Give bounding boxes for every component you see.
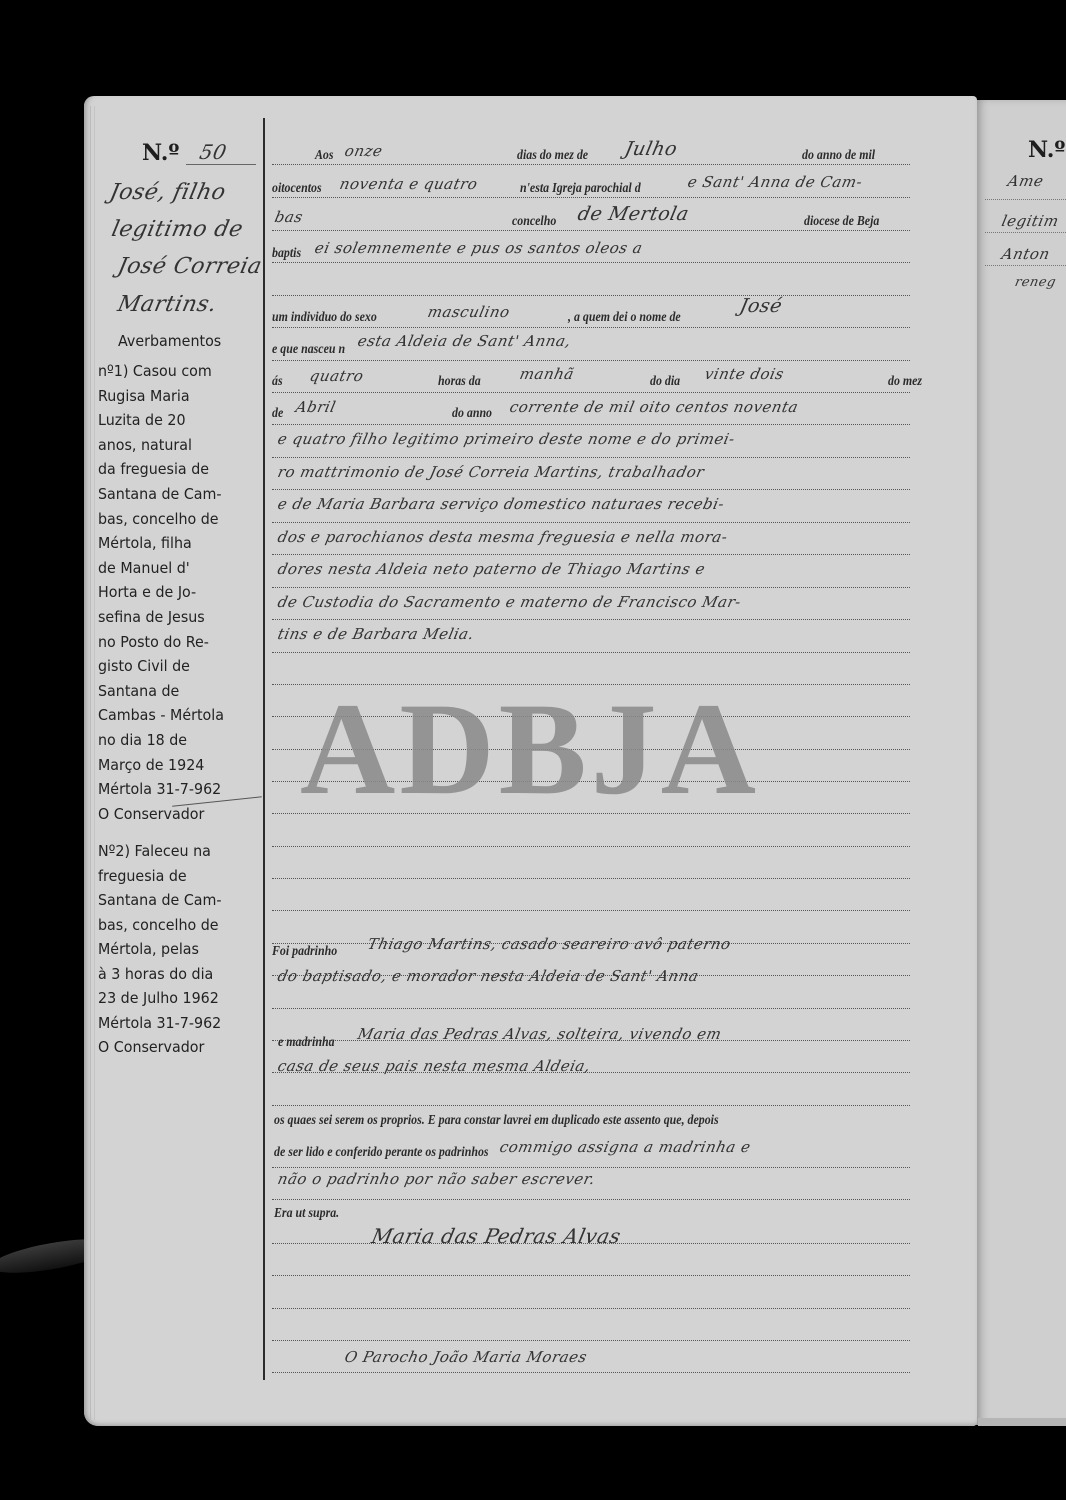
facing-fragment: reneg [1013, 275, 1057, 290]
form-text: e que nasceu n [272, 342, 345, 358]
annotation-line: bas, concelho de [98, 916, 219, 934]
form-text: um individuo do sexo [272, 310, 377, 326]
margin-title-line: José Correia [115, 254, 264, 279]
birth-day-field: vinte dois [703, 365, 786, 383]
annotation-line: bas, concelho de [98, 510, 219, 528]
form-text: , a quem dei o nome de [568, 310, 681, 326]
hour-field: quatro [308, 367, 365, 385]
annotation-line: Horta e de Jo- [98, 583, 196, 601]
form-text: concelho [512, 214, 556, 230]
facing-page-edge [978, 1418, 1066, 1426]
ruled-line [272, 489, 910, 490]
month-field: Julho [623, 138, 680, 160]
form-text: do anno [452, 406, 492, 422]
annotation-line: anos, natural [98, 436, 192, 454]
ruled-line [272, 1199, 910, 1200]
ruled-line [272, 1008, 910, 1009]
sex-field: masculino [426, 303, 512, 321]
form-text: ás [272, 374, 283, 390]
birth-month-field: Abril [294, 398, 338, 416]
ruled-line [272, 1275, 910, 1276]
ruled-line [272, 1372, 910, 1373]
annotation-line: Mértola 31-7-962 [98, 780, 221, 798]
ruled-line [272, 262, 910, 263]
margin-title-line: legitimo de [109, 217, 245, 242]
signing-note: commigo assigna a madrinha e [498, 1138, 752, 1156]
annotation-line: Mértola, pelas [98, 940, 199, 958]
facing-fragment: Ame [1006, 172, 1045, 190]
annotation-line: Santana de Cam- [98, 485, 222, 503]
annotations-heading: Averbamentos [118, 332, 221, 350]
form-text: do mez [888, 374, 922, 390]
ruled-line [272, 554, 910, 555]
form-text: baptis [272, 246, 301, 262]
ruled-line [272, 424, 910, 425]
body-line: tins e de Barbara Melia. [276, 625, 476, 643]
annotation-line: freguesia de [98, 867, 187, 885]
form-text: do anno de mil [802, 148, 875, 164]
annotation-line: sefina de Jesus [98, 608, 205, 626]
annotation-line: Mértola 31-7-962 [98, 1014, 221, 1032]
ruled-line [272, 878, 910, 879]
form-text: oitocentos [272, 181, 322, 197]
body-line: dores nesta Aldeia neto paterno de Thiag… [276, 560, 707, 578]
form-text: dias do mez de [517, 148, 588, 164]
entry-number: 50 [197, 140, 229, 164]
facing-fragment: Anton [1000, 245, 1052, 263]
body-line: e de Maria Barbara serviço domestico nat… [276, 495, 726, 513]
ruled-line [272, 1340, 910, 1341]
parish-field-cont: bas [273, 208, 305, 226]
facing-entry-number-label: N.º [1028, 137, 1065, 163]
form-text: n'esta Igreja parochial d [520, 181, 641, 197]
form-text: Aos [315, 148, 334, 164]
period-field: manhã [518, 365, 576, 383]
margin-rule [263, 118, 265, 1380]
ruled-line [272, 295, 910, 296]
facing-fragment: legitim [1000, 212, 1060, 230]
year-field: noventa e quatro [338, 175, 479, 193]
annotation-line: O Conservador [98, 805, 204, 823]
ruled-line [272, 164, 910, 165]
birthplace-field: esta Aldeia de Sant' Anna, [356, 332, 573, 350]
annotation-line: à 3 horas do dia [98, 965, 213, 983]
entry-number-label: N.º [142, 140, 179, 166]
godmother-signature: Maria das Pedras Alvas [369, 1224, 623, 1248]
signing-note-cont: não o padrinho por não saber escrever. [276, 1170, 597, 1188]
form-text: horas da [438, 374, 481, 390]
body-line: ro mattrimonio de José Correia Martins, … [276, 463, 706, 481]
annotation-line: Santana de Cam- [98, 891, 222, 909]
godmother-label: e madrinha [278, 1035, 335, 1051]
annotation-line: Março de 1924 [98, 756, 204, 774]
annotation-line: nº1) Casou com [98, 362, 212, 380]
annotation-line: Mértola, filha [98, 534, 192, 552]
ruled-line [272, 1308, 910, 1309]
ruled-line [272, 457, 910, 458]
ruled-line [272, 327, 910, 328]
godfather-field-cont: do baptisado, e morador nesta Aldeia de … [276, 967, 700, 985]
annotation-line: de Manuel d' [98, 559, 190, 577]
facing-page [975, 100, 1066, 1425]
ruled-line [272, 392, 910, 393]
godfather-label: Foi padrinho [272, 944, 337, 960]
ruled-line [272, 1167, 910, 1168]
ruled-line [272, 910, 910, 911]
ruled-line [272, 587, 910, 588]
priest-signature: O Parocho João Maria Moraes [343, 1348, 589, 1366]
annotation-line: da freguesia de [98, 460, 209, 478]
watermark: ADBJA [300, 672, 760, 825]
era-ut-supra: Era ut supra. [274, 1206, 339, 1222]
ruled-line [272, 197, 910, 198]
ruled-line [272, 230, 910, 231]
annotation-line: Nº2) Faleceu na [98, 842, 211, 860]
form-text: de [272, 406, 283, 422]
body-line: de Custodia do Sacramento e materno de F… [276, 593, 743, 611]
form-text: do dia [650, 374, 680, 390]
birth-year-field: corrente de mil oito centos noventa [508, 398, 800, 416]
ruled-line [272, 1105, 910, 1106]
annotation-line: Rugisa Maria [98, 387, 190, 405]
margin-title-line: Martins. [115, 292, 219, 317]
closing-text: os quaes sei serem os proprios. E para c… [274, 1113, 719, 1129]
ruled-line [272, 619, 910, 620]
annotation-line: gisto Civil de [98, 657, 190, 675]
margin-title-line: José, filho [107, 180, 228, 205]
ruled-line [272, 522, 910, 523]
parish-field: e Sant' Anna de Cam- [686, 173, 864, 191]
annotation-line: O Conservador [98, 1038, 204, 1056]
ruled-line [272, 360, 910, 361]
annotation-line: no Posto do Re- [98, 633, 209, 651]
day-field: onze [343, 142, 384, 160]
body-line: dos e parochianos desta mesma freguesia … [276, 528, 729, 546]
municipality-field: de Mertola [576, 203, 691, 225]
form-text: diocese de Beja [804, 214, 879, 230]
godmother-field-cont: casa de seus pais nesta mesma Aldeia, [276, 1057, 592, 1075]
godfather-field: Thiago Martins, casado seareiro avô pate… [366, 935, 733, 953]
annotation-line: 23 de Julho 1962 [98, 989, 219, 1007]
body-line: e quatro filho legitimo primeiro deste n… [276, 430, 737, 448]
annotation-line: no dia 18 de [98, 731, 187, 749]
annotation-line: Cambas - Mértola [98, 706, 224, 724]
closing-text: de ser lido e conferido perante os padri… [274, 1145, 489, 1161]
name-field: José [738, 295, 785, 317]
baptism-field: ei solemnemente e pus os santos oleos a [313, 239, 644, 257]
annotation-line: Luzita de 20 [98, 411, 186, 429]
godmother-field: Maria das Pedras Alvas, solteira, vivend… [356, 1025, 723, 1043]
annotation-line: Santana de [98, 682, 179, 700]
ruled-line [272, 846, 910, 847]
page-edge [90, 106, 95, 1420]
ruled-line [272, 652, 910, 653]
